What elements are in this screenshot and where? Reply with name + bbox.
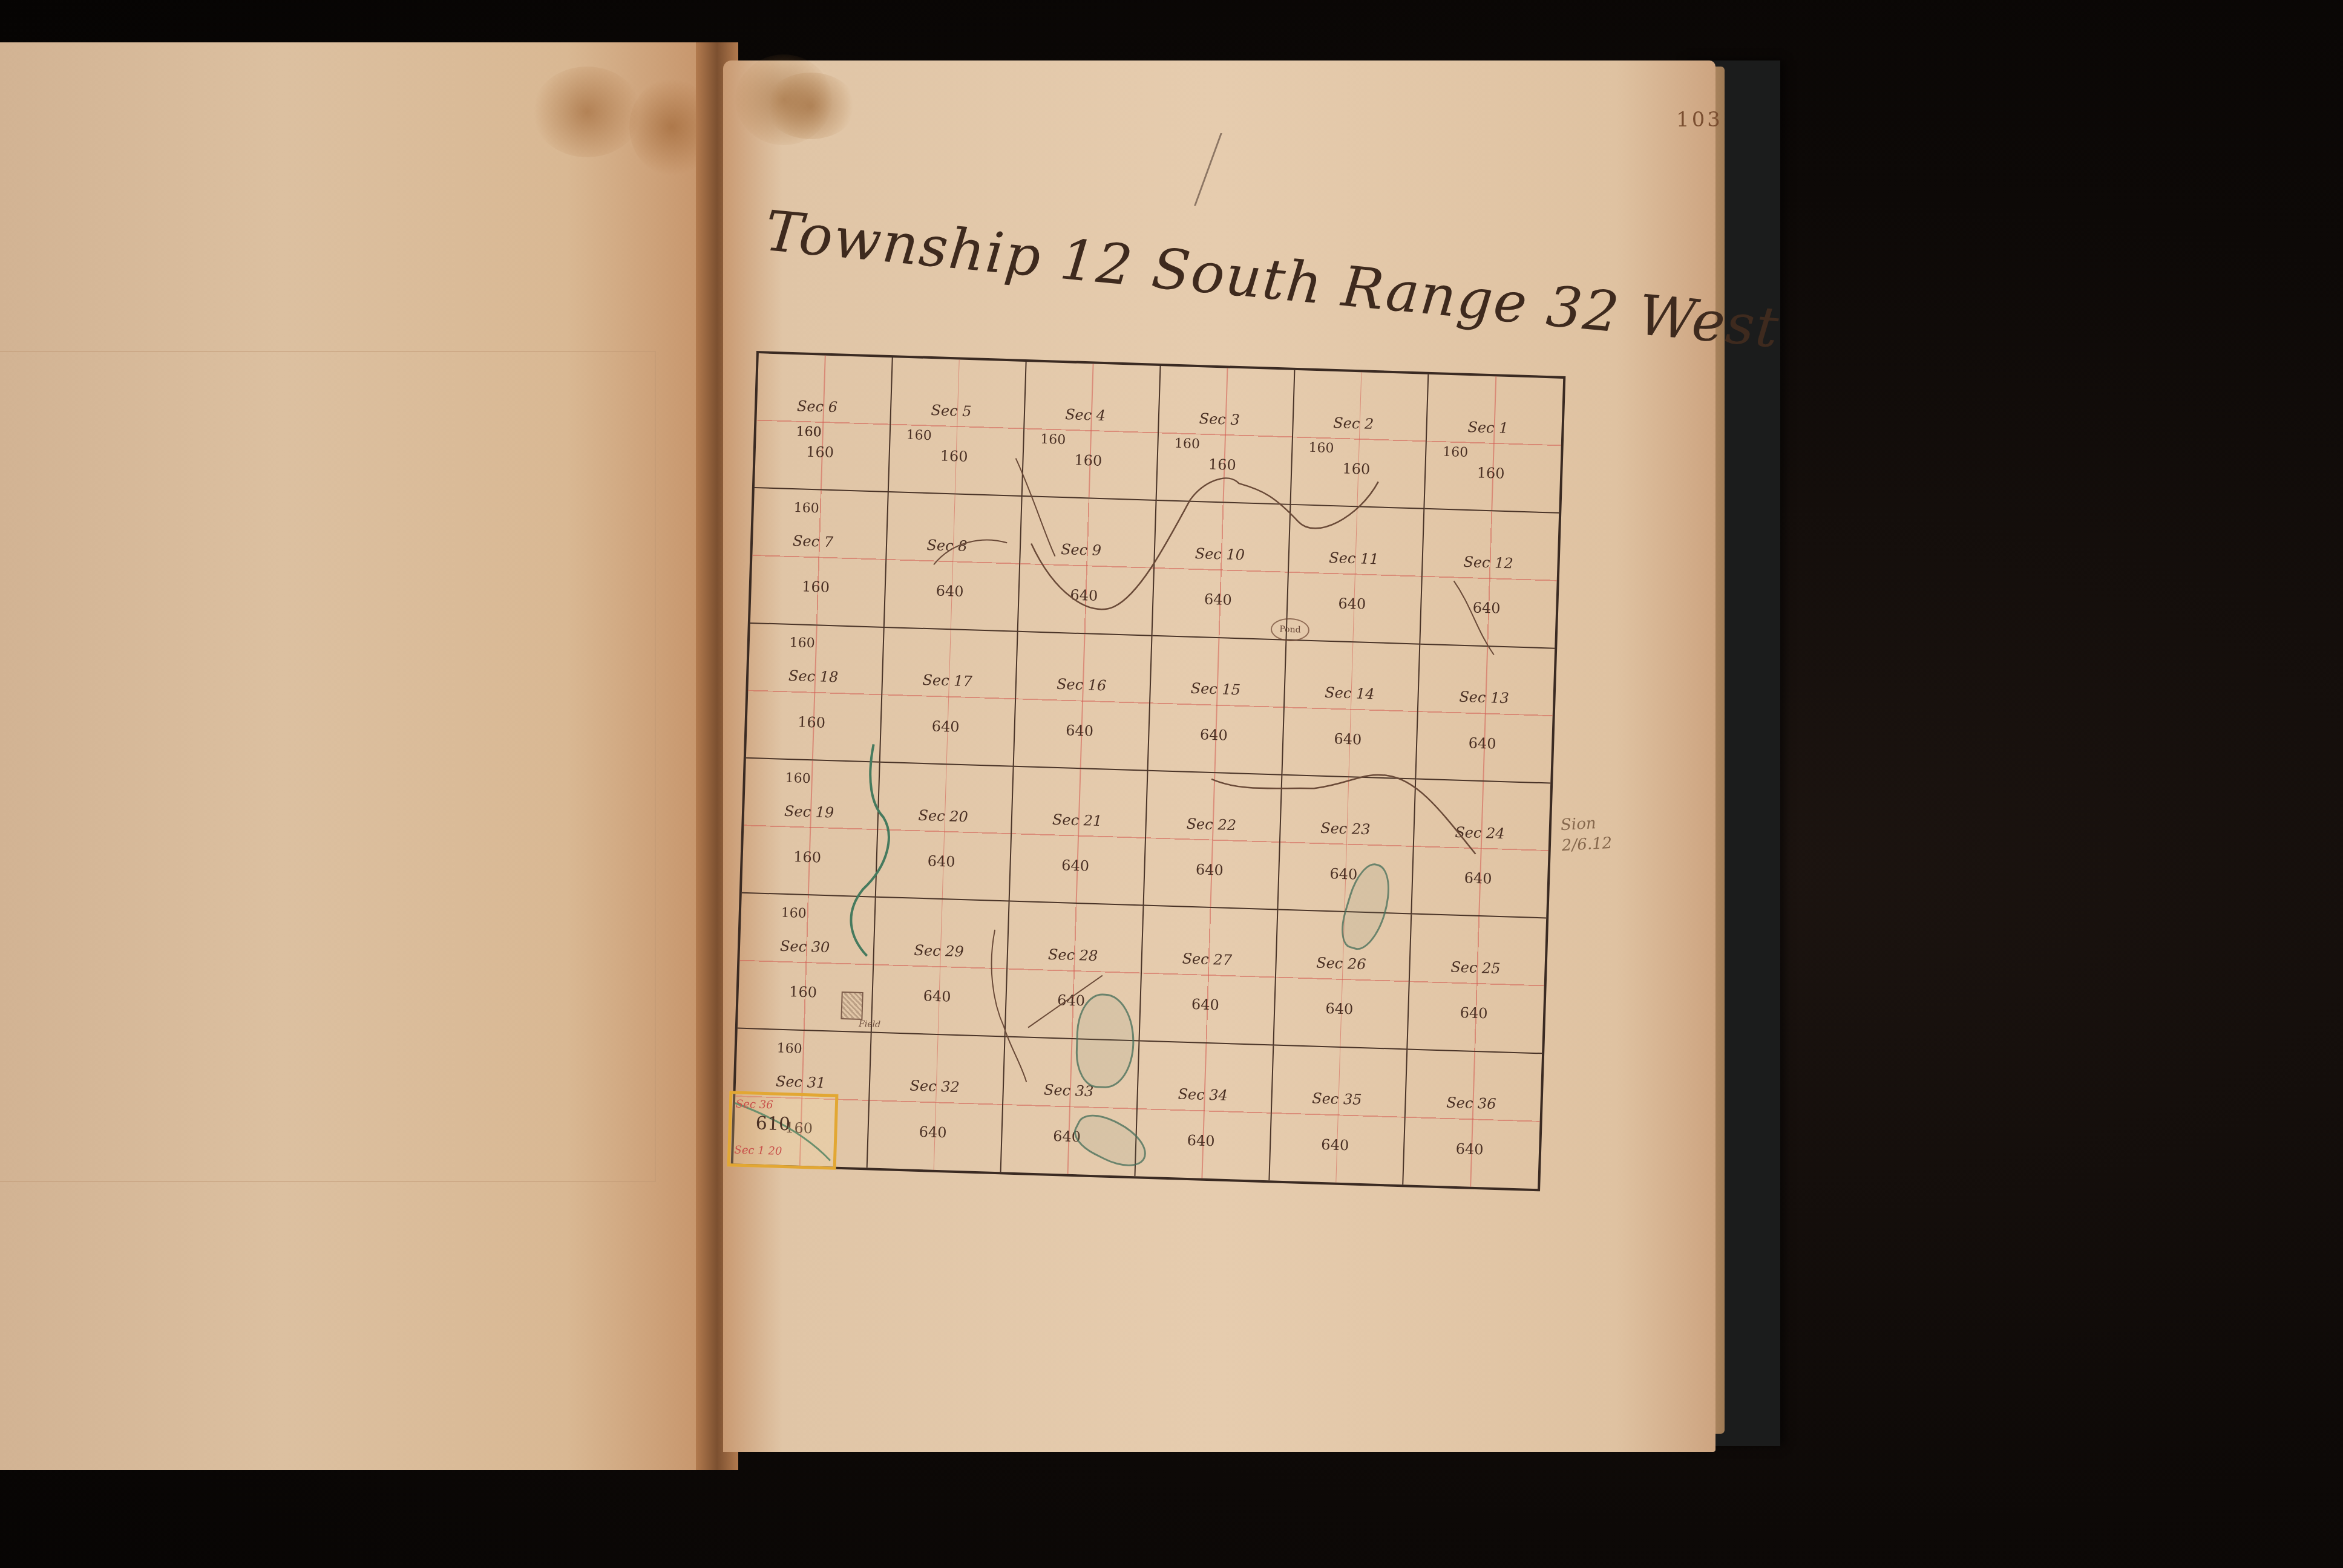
section-number: Sec 3 [1199,410,1240,428]
lot-acreage: 160 [1443,445,1469,460]
margin-note: Sion 2/6.12 [1560,812,1613,856]
section-acreage: 640 [1204,591,1232,609]
plat-section: Sec 24 640 [1412,780,1551,919]
section-number: Sec 12 [1463,554,1513,572]
plat-section: Sec 11 640 [1286,505,1425,644]
section-acreage: 640 [1061,857,1090,874]
section-acreage: 640 [1191,996,1219,1014]
left-page [0,42,708,1470]
section-number: Sec 34 [1178,1086,1228,1105]
section-acreage: 640 [936,583,964,600]
section-number: Sec 20 [918,807,968,826]
section-number: Sec 9 [1061,541,1102,559]
section-acreage: 160 [1342,460,1371,478]
plat-section: Sec 16 640 [1014,632,1153,771]
section-acreage: 640 [923,988,951,1005]
plat-section: Sec 12 640 [1421,509,1559,648]
section-number: Sec 28 [1048,946,1098,965]
section-number: Sec 29 [914,942,964,961]
correction-box: Sec 36 610 Sec 1 20 [727,1091,839,1170]
section-number: Sec 18 [788,667,839,686]
section-grid: Sec 6 160 160160 Sec 5 160 160 Sec 4 160… [733,353,1563,1189]
correction-note: Sec 36 [735,1097,773,1114]
plat-section: Sec 35 640 [1270,1045,1408,1184]
section-acreage: 640 [1472,599,1501,617]
section-number: Sec 24 [1455,823,1505,842]
plat-section: Sec 13 640 [1417,644,1555,783]
plat-section: Sec 9 640 [1018,497,1157,636]
section-number: Sec 6 [797,397,838,416]
section-number: Sec 23 [1320,819,1371,838]
section-number: Sec 30 [780,938,830,956]
township-plat: Sec 6 160 160160 Sec 5 160 160 Sec 4 160… [731,351,1566,1191]
plat-section: Sec 17 640 [880,628,1018,767]
page-number: 103 [1676,108,1723,132]
section-number: Sec 21 [1052,811,1103,830]
section-acreage: 160 [1476,465,1505,482]
margin-note-date: 2/6.12 [1561,833,1613,856]
plat-section: Sec 14 640 [1282,640,1421,779]
plat-section: Sec 8 640 [884,492,1023,632]
section-acreage: 160 [940,448,968,465]
section-number: Sec 15 [1190,680,1240,699]
lot-acreage: 160 [1308,440,1334,456]
correction-note: Sec 1 20 [734,1143,782,1160]
lot-acreage: 160 [793,500,819,516]
lot-acreage: 160 [785,771,811,786]
section-number: Sec 5 [931,402,972,420]
plat-section: Sec 2 160 160 [1291,370,1429,509]
section-acreage: 160 [798,713,826,731]
plat-section: Sec 3 160 160 [1157,366,1296,505]
check-mark [1194,133,1277,206]
plat-section: Sec 5 160 160 [888,358,1027,497]
section-acreage: 160 [802,578,830,596]
section-acreage: 640 [1199,726,1228,743]
section-acreage: 640 [1338,595,1366,613]
plat-section: Sec 25 640 [1408,915,1547,1054]
lot-acreage: 160 [789,635,815,651]
page-title: Township 12 South Range 32 West [762,198,1783,361]
lot-acreage: 160 [1174,436,1200,452]
section-acreage: 640 [1468,734,1496,752]
section-number: Sec 7 [793,532,834,550]
section-number: Sec 32 [909,1077,960,1096]
section-number: Sec 10 [1194,545,1245,564]
plat-section: Sec 34 640 [1135,1041,1274,1180]
section-number: Sec 16 [1057,676,1107,694]
section-acreage: 640 [1464,869,1492,887]
section-number: Sec 27 [1182,950,1232,969]
section-acreage: 160 [1074,452,1103,469]
section-acreage: 160 [789,984,818,1001]
lot-acreage: 160 [906,428,932,443]
section-acreage: 640 [931,717,960,735]
section-number: Sec 33 [1044,1082,1094,1100]
lot-acreage: 160 [776,1040,802,1056]
section-acreage: 640 [1334,730,1362,748]
section-number: Sec 8 [926,537,968,555]
section-number: Sec 14 [1325,684,1375,703]
section-number: Sec 35 [1312,1090,1362,1109]
section-acreage: 640 [1321,1136,1349,1154]
section-acreage: 640 [1455,1140,1484,1158]
section-acreage: 160 [1208,456,1237,474]
plat-section: Sec 19 160 160 [742,759,880,898]
section-number: Sec 36 [1446,1094,1496,1113]
plat-section: Sec 20 640 [876,763,1014,902]
plat-section: Sec 36 640 [1404,1050,1542,1189]
water-stain [532,67,641,157]
plat-section: Sec 10 640 [1153,501,1291,640]
section-number: Sec 31 [776,1073,826,1092]
section-acreage: 640 [1187,1132,1215,1149]
section-number: Sec 4 [1065,406,1106,424]
right-page: 103 Township 12 South Range 32 West Sion… [723,60,1715,1452]
section-number: Sec 26 [1316,955,1366,973]
section-number: Sec 1 [1467,419,1509,437]
section-number: Sec 13 [1459,688,1509,707]
section-acreage: 640 [1070,587,1098,604]
section-acreage: 640 [1066,722,1094,739]
section-number: Sec 2 [1333,414,1374,433]
plat-section: Sec 6 160 160160 [755,353,893,492]
correction-value: 610 [755,1113,790,1135]
plat-section: Sec 22 640 [1144,771,1282,910]
blank-plat-frame [0,351,656,1182]
plat-section: Sec 32 640 [867,1033,1006,1172]
section-acreage: 640 [1460,1004,1488,1022]
section-acreage: 160 [793,848,822,866]
plat-section: Sec 27 640 [1139,906,1278,1045]
section-acreage: 640 [919,1123,947,1141]
plat-section: Sec 15 640 [1148,636,1286,775]
section-number: Sec 11 [1329,549,1379,568]
field-label: Field [859,1019,880,1030]
section-number: Sec 19 [784,803,834,822]
lot-acreage: 160 [796,424,822,440]
field-symbol [841,991,863,1020]
plat-section: Sec 18 160 160 [746,624,885,763]
lot-acreage: 160 [781,906,807,921]
section-acreage: 640 [1195,861,1224,878]
plat-section: Sec 29 640 [871,898,1010,1037]
section-number: Sec 22 [1186,815,1236,834]
section-number: Sec 25 [1450,959,1501,978]
water-stain [765,73,856,139]
section-acreage: 640 [1329,865,1358,883]
plat-section: Sec 23 640 [1278,776,1417,915]
section-acreage: 640 [1325,1000,1354,1018]
lot-acreage: 160 [1040,432,1066,448]
section-acreage: 640 [1057,992,1086,1010]
plat-section: Sec 1 160 160 [1425,374,1564,514]
plat-section: Sec 4 160 160 [1023,362,1161,501]
section-number: Sec 17 [922,671,972,690]
plat-section: Sec 21 640 [1010,767,1149,906]
margin-note-name: Sion [1560,812,1611,835]
plat-section: Sec 7 160 160 [750,488,889,627]
section-acreage: 640 [927,852,955,870]
section-acreage: 160 [806,443,834,461]
